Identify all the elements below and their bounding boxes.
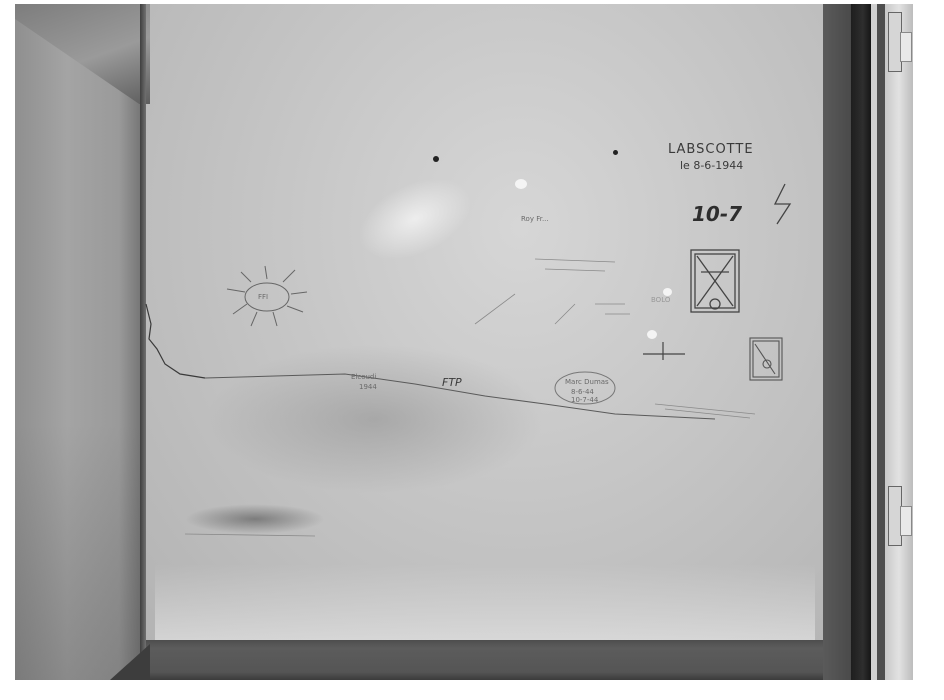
graffiti-drawings — [15, 4, 913, 680]
inscription-elcoudi: Elcoudi — [351, 373, 376, 381]
chipped-spot — [663, 288, 672, 296]
chipped-spot — [647, 330, 657, 339]
inscription-scribble: Roy Fr... — [521, 215, 549, 223]
inscription-ftp: FTP — [442, 376, 462, 389]
nail-hole — [433, 156, 439, 162]
inscription-sun-center: FFI — [258, 293, 268, 301]
inscription-oval-date2: 10-7-44 — [571, 396, 598, 404]
inscription-bolo: BOLO — [651, 296, 670, 304]
inscription-oval-name: Marc Dumas — [565, 378, 609, 386]
photograph: LABSCOTTE le 8-6-1944 10-7 FFI FTP Elcou… — [15, 4, 913, 680]
inscription-elcoudi-sub: 1944 — [359, 383, 377, 391]
inscription-date: le 8-6-1944 — [680, 159, 743, 172]
inscription-labscotte: LABSCOTTE — [668, 142, 754, 157]
nail-hole — [613, 150, 618, 155]
inscription-oval-date1: 8-6-44 — [571, 388, 594, 396]
inscription-big-date: 10-7 — [692, 202, 742, 226]
chipped-spot — [515, 179, 527, 189]
